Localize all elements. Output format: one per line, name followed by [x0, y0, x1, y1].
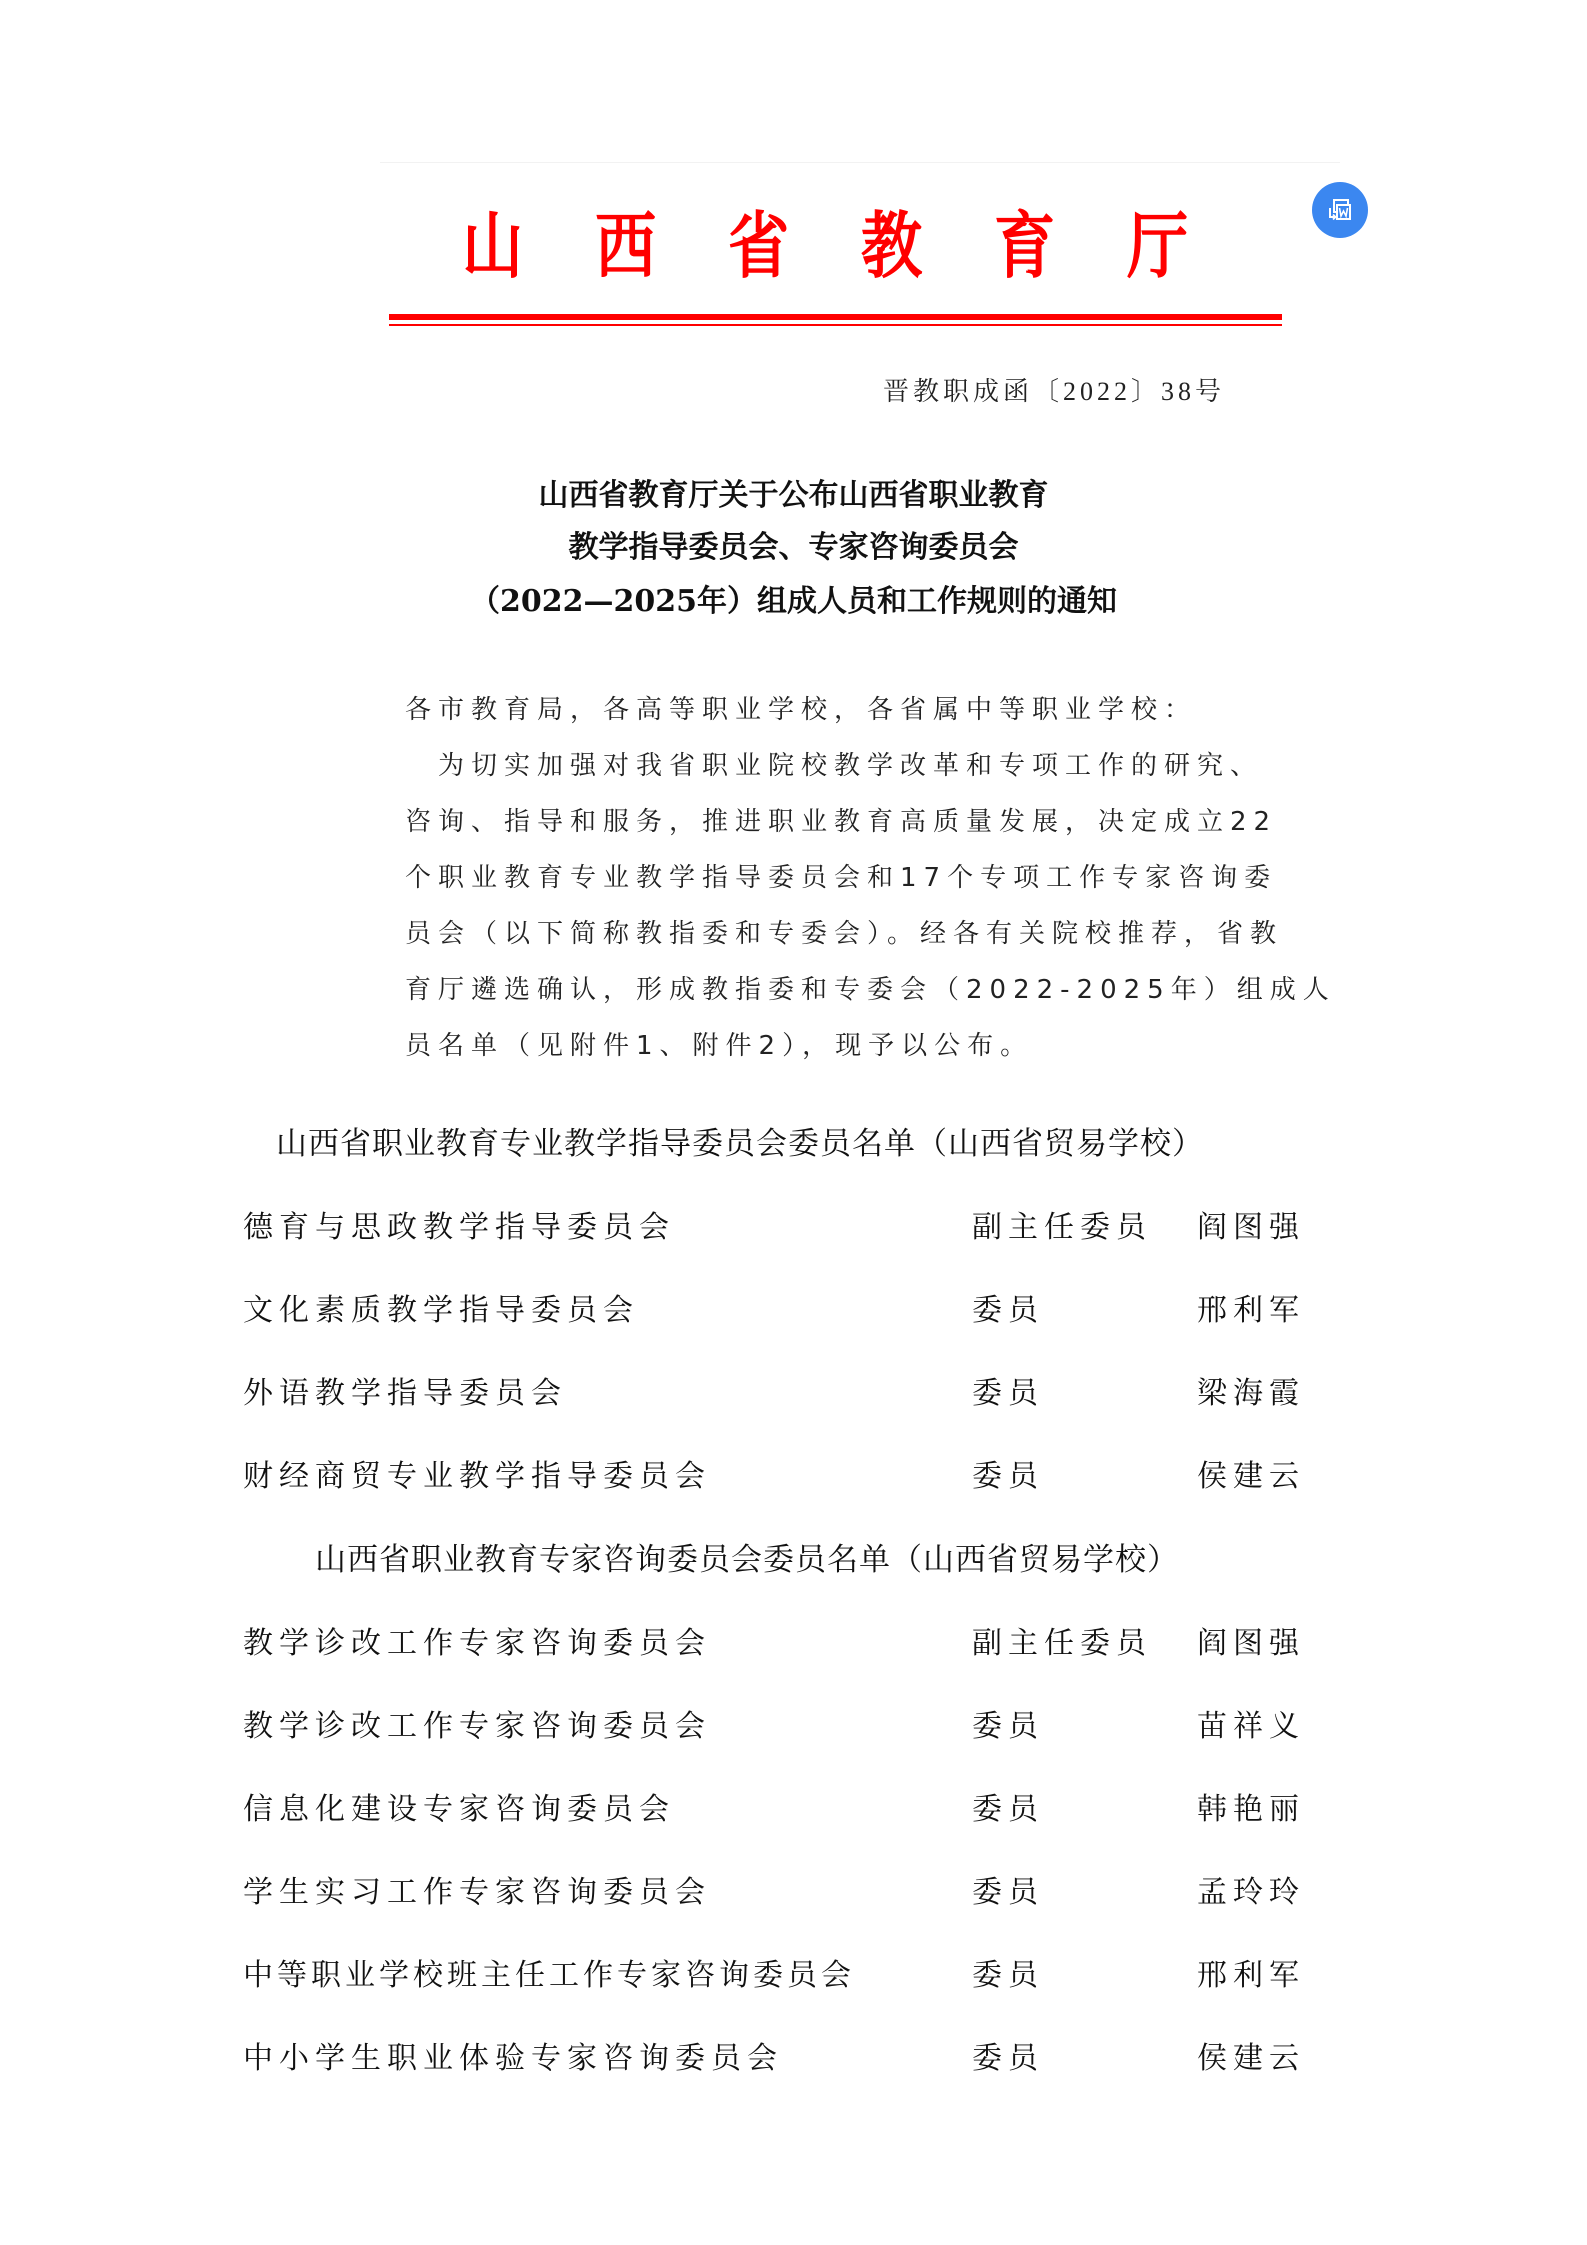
convert-to-word-button[interactable]	[1312, 182, 1368, 238]
top-divider	[380, 162, 1340, 163]
committee-name: 财经商贸专业教学指导委员会	[243, 1455, 711, 1499]
member-role: 委员	[972, 1289, 1044, 1333]
committee-name: 德育与思政教学指导委员会	[243, 1206, 675, 1250]
agency-title-char: 西	[595, 200, 655, 292]
body-line: 育厅遴选确认，形成教指委和专委会（2022-2025年）组成人	[405, 970, 1336, 1010]
body-line: 员会（以下简称教指委和专委会）。经各有关院校推荐，省教	[405, 914, 1283, 954]
member-role: 委员	[972, 1372, 1044, 1416]
member-name: 邢利军	[1197, 1289, 1305, 1333]
committee-name: 中等职业学校班主任工作专家咨询委员会	[243, 1954, 855, 1998]
member-row: 中等职业学校班主任工作专家咨询委员会 委员 邢利军	[0, 1954, 1587, 1998]
list-heading-teaching-committee: 山西省职业教育专业教学指导委员会委员名单（山西省贸易学校）	[276, 1122, 1204, 1166]
agency-title-char: 山	[462, 200, 522, 292]
member-role: 委员	[972, 1788, 1044, 1832]
member-name: 苗祥义	[1197, 1705, 1305, 1749]
committee-name: 信息化建设专家咨询委员会	[243, 1788, 675, 1832]
member-role: 委员	[972, 1455, 1044, 1499]
committee-name: 文化素质教学指导委员会	[243, 1289, 639, 1333]
agency-title-char: 教	[861, 200, 921, 292]
committee-name: 教学诊改工作专家咨询委员会	[243, 1705, 711, 1749]
member-name: 侯建云	[1197, 2037, 1305, 2081]
committee-name: 中小学生职业体验专家咨询委员会	[243, 2037, 783, 2081]
member-role: 委员	[972, 1705, 1044, 1749]
body-line: 各市教育局，各高等职业学校，各省属中等职业学校：	[405, 690, 1197, 730]
member-name: 阎图强	[1197, 1622, 1305, 1666]
body-line: 个职业教育专业教学指导委员会和17个专项工作专家咨询委	[405, 858, 1277, 898]
committee-name: 教学诊改工作专家咨询委员会	[243, 1622, 711, 1666]
member-role: 委员	[972, 1954, 1044, 1998]
member-role: 副主任委员	[972, 1622, 1152, 1666]
body-line: 为切实加强对我省职业院校教学改革和专项工作的研究、	[405, 746, 1263, 786]
member-row: 信息化建设专家咨询委员会 委员 韩艳丽	[0, 1788, 1587, 1832]
notice-title-line: 教学指导委员会、专家咨询委员会	[0, 528, 1587, 568]
agency-title-char: 厅	[1127, 200, 1187, 292]
agency-title-char: 省	[728, 200, 788, 292]
member-row: 文化素质教学指导委员会 委员 邢利军	[0, 1289, 1587, 1333]
member-name: 侯建云	[1197, 1455, 1305, 1499]
member-row: 中小学生职业体验专家咨询委员会 委员 侯建云	[0, 2037, 1587, 2081]
convert-to-word-icon	[1325, 195, 1355, 225]
notice-title-line: 山西省教育厅关于公布山西省职业教育	[0, 476, 1587, 516]
member-role: 副主任委员	[972, 1206, 1152, 1250]
body-line: 员名单（见附件1、附件2），现予以公布。	[405, 1026, 1033, 1066]
member-row: 教学诊改工作专家咨询委员会 委员 苗祥义	[0, 1705, 1587, 1749]
document-number: 晋教职成函〔2022〕38号	[883, 372, 1225, 412]
member-role: 委员	[972, 1871, 1044, 1915]
member-row: 学生实习工作专家咨询委员会 委员 孟玲玲	[0, 1871, 1587, 1915]
member-name: 梁海霞	[1197, 1372, 1305, 1416]
list-heading-expert-committee: 山西省职业教育专家咨询委员会委员名单（山西省贸易学校）	[315, 1538, 1179, 1582]
member-row: 外语教学指导委员会 委员 梁海霞	[0, 1372, 1587, 1416]
agency-title-char: 育	[994, 200, 1054, 292]
document-page: 山 西 省 教 育 厅 晋教职成函〔2022〕38号 山西省教育厅关于公布山西省…	[0, 0, 1587, 2245]
member-name: 韩艳丽	[1197, 1788, 1305, 1832]
body-line: 咨询、指导和服务，推进职业教育高质量发展，决定成立22	[405, 802, 1277, 842]
notice-title-line: （2022—2025年）组成人员和工作规则的通知	[0, 582, 1587, 622]
red-rule-thin	[389, 324, 1282, 326]
member-row: 财经商贸专业教学指导委员会 委员 侯建云	[0, 1455, 1587, 1499]
member-role: 委员	[972, 2037, 1044, 2081]
member-row: 教学诊改工作专家咨询委员会 副主任委员 阎图强	[0, 1622, 1587, 1666]
member-row: 德育与思政教学指导委员会 副主任委员 阎图强	[0, 1206, 1587, 1250]
committee-name: 外语教学指导委员会	[243, 1372, 567, 1416]
member-name: 阎图强	[1197, 1206, 1305, 1250]
member-name: 邢利军	[1197, 1954, 1305, 1998]
member-name: 孟玲玲	[1197, 1871, 1305, 1915]
committee-name: 学生实习工作专家咨询委员会	[243, 1871, 711, 1915]
red-rule-thick	[389, 314, 1282, 320]
